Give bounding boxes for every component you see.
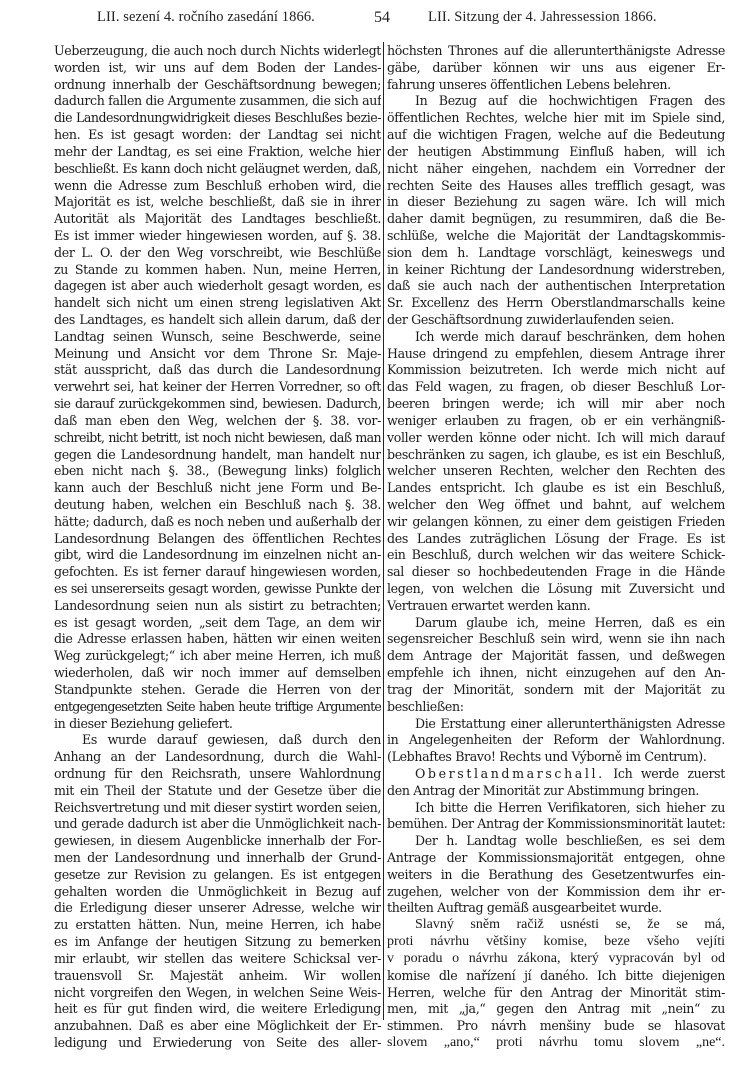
text-line: Meinung und Ansicht vor dem Throne Sr. M… xyxy=(54,346,381,363)
text-line: Oberstlandmarschall. Ich werde zuerst xyxy=(387,766,725,783)
text-line: legen, von welchen die Lösung mit Zuvers… xyxy=(387,581,725,598)
text-line: proti návrhu většiny komise, beze všeho … xyxy=(387,934,725,951)
text-line: gehalten worden die Unmöglichkeit in Bez… xyxy=(54,884,381,901)
text-line: beschließt. Es kann doch nicht geläugnet… xyxy=(54,161,381,178)
text-line: welcher den Weg öffnet und bahnt, auf we… xyxy=(387,497,725,514)
text-line: Es wurde darauf gewiesen, daß durch den xyxy=(54,732,381,749)
text-line: den Antrag der Minorität zur Abstimmung … xyxy=(387,783,725,800)
text-line: Kommission beizutreten. Ich werde mich n… xyxy=(387,362,725,379)
text-line: verwehrt sei, hat keiner der Herren Vorr… xyxy=(54,379,381,396)
text-line: slovem „ano,“ proti návrhu tomu slovem „… xyxy=(387,1035,725,1052)
text-line: ordnung innerhalb der Geschäftsordnung b… xyxy=(54,77,381,94)
text-line: beschränken zu sagen, ich glaube, es ist… xyxy=(387,447,725,464)
text-line: gäbe, darüber können wir uns aus eigener… xyxy=(387,60,725,77)
text-line: der Geschäftsordnung zuwiderlaufenden se… xyxy=(387,312,725,329)
text-line: trag der Minorität, sondern mit der Majo… xyxy=(387,682,725,699)
text-line: mit ein Theil der Statute und der Gesetz… xyxy=(54,783,381,800)
text-line: v poradu o návrhu zákona, který vypracov… xyxy=(387,951,725,968)
text-line: des Landes zuträglichen Lösung der Frage… xyxy=(387,531,725,548)
text-line: weiters in die Berathung des Gesetzentwu… xyxy=(387,867,725,884)
text-line: trauensvoll Sr. Majestät anheim. Wir wol… xyxy=(54,968,381,985)
text-line: Landesordnung seien nun als sistirt zu b… xyxy=(54,598,381,615)
text-line: in keiner Richtung der Landesordnung wid… xyxy=(387,262,725,279)
text-line: schreibt, nicht betritt, ist noch nicht … xyxy=(54,430,381,447)
text-line: öffentlichen Rechtes, welche hier mit im… xyxy=(387,110,725,127)
page-header: LII. sezení 4. ročního zasedání 1866. 54… xyxy=(0,9,750,31)
text-line: mir erlaubt, wir stellen das weitere Sch… xyxy=(54,951,381,968)
text-line: segensreicher Beschluß sein wird, wenn s… xyxy=(387,631,725,648)
text-line: Herren, welche für den Antrag der Minori… xyxy=(387,985,725,1002)
text-line: gibt, wird die Landesordnung im einzelne… xyxy=(54,547,381,564)
text-line: dagegen ist aber auch wiederholt gesagt … xyxy=(54,278,381,295)
text-line: schlüße, welche die Majorität der Landta… xyxy=(387,228,725,245)
text-line: daher damit begnügen, zu resummiren, daß… xyxy=(387,211,725,228)
text-line: Antrage der Kommissionsmajorität entgege… xyxy=(387,850,725,867)
text-line: fahrung unseres öffentlichen Lebens bele… xyxy=(387,77,725,94)
text-line: Reichsvertretung und mit dieser systirt … xyxy=(54,800,381,817)
text-line: men der Landesordnung und innerhalb der … xyxy=(54,850,381,867)
text-line: Slavný sněm račiž usnésti se, že se má, xyxy=(387,917,725,934)
text-line: die Erledigung dieser unserer Adresse, w… xyxy=(54,900,381,917)
text-line: empfehle ich ihnen, nicht einzugehen auf… xyxy=(387,665,725,682)
text-line: in dieser Beziehung zu sagen wäre. Ich w… xyxy=(387,194,725,211)
text-line: welcher unseren Rechten, welcher den Rec… xyxy=(387,463,725,480)
text-line: wiederholen, daß wir noch immer auf dems… xyxy=(54,665,381,682)
text-line: zu Stande zu kommen haben. Nun, meine He… xyxy=(54,262,381,279)
text-line: sie darauf zurückgekommen sind, bewiesen… xyxy=(54,396,381,413)
text-line: beeren bringen werde; ich will mir aber … xyxy=(387,396,725,413)
text-line: gefochten. Es ist ferner darauf hingewie… xyxy=(54,564,381,581)
text-line: es im Anfange der heutigen Sitzung zu be… xyxy=(54,934,381,951)
header-german-title: LII. Sitzung der 4. Jahressession 1866. xyxy=(428,9,657,26)
text-line: Landtag seinen Wunsch, seine Beschwerde,… xyxy=(54,329,381,346)
text-line: Es ist immer wieder hingewiesen worden, … xyxy=(54,228,381,245)
text-line: nicht vorgreifen den Wegen, in welchen S… xyxy=(54,985,381,1002)
text-line: es sei unsererseits gesagt worden, gewis… xyxy=(54,581,381,598)
text-line: Die Erstattung einer allerunterthänigste… xyxy=(387,716,725,733)
text-line: in Angelegenheiten der Reform der Wahlor… xyxy=(387,732,725,749)
text-line: worden ist, wir uns auf dem Boden der La… xyxy=(54,60,381,77)
text-line: die Adresse erlassen haben, hätten wir e… xyxy=(54,631,381,648)
text-line: des Landtages, es handelt sich allein da… xyxy=(54,312,381,329)
left-column: Ueberzeugung, die auch noch durch Nichts… xyxy=(54,43,381,1052)
text-line: Hause dringend zu empfehlen, diesem Antr… xyxy=(387,346,725,363)
speaker-name: Oberstlandmarschall. xyxy=(415,766,605,781)
text-line: es ist gesagt worden, „seit dem Tage, an… xyxy=(54,615,381,632)
text-line: beschließen: xyxy=(387,699,725,716)
text-line: kann auch der Beschluß nicht jene Form u… xyxy=(54,480,381,497)
text-line: anzubahnen. Daß es aber eine Möglichkeit… xyxy=(54,1018,381,1035)
text-line: sion dem h. Landtage vorschlägt, keinesw… xyxy=(387,245,725,262)
text-line: wir gelangen können, zu einer dem geisti… xyxy=(387,514,725,531)
text-line: men, mit „ja,“ gegen den Antrag mit „nei… xyxy=(387,1001,725,1018)
text-line: hen. Es ist gesagt worden: der Landtag s… xyxy=(54,127,381,144)
text-line: höchsten Thrones auf die allerunterthäni… xyxy=(387,43,725,60)
text-line: und gerade dadurch ist aber die Unmöglic… xyxy=(54,816,381,833)
text-line: gewiesen, in diesem Augenblicke innerhal… xyxy=(54,833,381,850)
text-line: stät ausspricht, daß das durch die Lande… xyxy=(54,362,381,379)
text-line: gegen die Landesordnung handelt, man han… xyxy=(54,447,381,464)
text-line: Ich bitte die Herren Verifikatoren, sich… xyxy=(387,800,725,817)
text-line: Landes entspricht. Ich glaube es ist ein… xyxy=(387,480,725,497)
text-line: wenn die Adresse zum Beschluß erhoben wi… xyxy=(54,178,381,195)
text-line: zugehen, welcher von der Kommission dem … xyxy=(387,884,725,901)
text-line: Sr. Excellenz des Herrn Oberstlandmarsch… xyxy=(387,295,725,312)
text-line: Autorität als Majorität des Landtages be… xyxy=(54,211,381,228)
text-line: in dieser Beziehung geliefert. xyxy=(54,716,381,733)
text-line: Der h. Landtag wolle beschließen, es sei… xyxy=(387,833,725,850)
text-line: auf die wichtigen Fragen, welche auf die… xyxy=(387,127,725,144)
right-column: höchsten Thrones auf die allerunterthäni… xyxy=(387,43,725,1052)
text-line: hätte; dadurch, daß es noch neben und au… xyxy=(54,514,381,531)
text-line: Ueberzeugung, die auch noch durch Nichts… xyxy=(54,43,381,60)
text-line: weniger erlauben zu fragen, ob er ein ve… xyxy=(387,413,725,430)
text-line: das Feld wagen, zu fragen, ob dieser Bes… xyxy=(387,379,725,396)
text-line: handelt sich nicht um einen streng legis… xyxy=(54,295,381,312)
text-line: stimmen. Pro návrh menšiny bude se hlaso… xyxy=(387,1018,725,1035)
text-line: eben nicht nach §. 38., (Bewegung links)… xyxy=(54,463,381,480)
text-line: zu erstatten hätten. Nun, meine Herren, … xyxy=(54,917,381,934)
header-czech-title: LII. sezení 4. ročního zasedání 1866. xyxy=(97,9,315,26)
text-line: voller werden könne oder nicht. Ich will… xyxy=(387,430,725,447)
text-line: die Landesordnungwidrigkeit dieses Besch… xyxy=(54,110,381,127)
text-line: Standpunkte stehen. Gerade die Herren vo… xyxy=(54,682,381,699)
text-line: sal dieser so hochbedeutenden Frage in d… xyxy=(387,564,725,581)
page-number: 54 xyxy=(374,9,390,27)
text-line: (Lebhaftes Bravo! Rechts und Výborně im … xyxy=(387,749,725,766)
text-line: daß man eben den Weg, welchen der §. 38.… xyxy=(54,413,381,430)
text-line: ein Beschluß, durch welchen wir das weit… xyxy=(387,547,725,564)
text-line: heit es für gut finden wird, die weitere… xyxy=(54,1001,381,1018)
text-line: daß sie auch nach der authentischen Inte… xyxy=(387,278,725,295)
text-line: gesetze zur Revision zu gelangen. Es ist… xyxy=(54,867,381,884)
text-line: rechten Seite des Hauses alles trefflich… xyxy=(387,178,725,195)
text-line: deutung haben, welchen ein Beschluß nach… xyxy=(54,497,381,514)
column-divider xyxy=(383,42,384,1020)
text-line: Landesordnung Belangen des öffentlichen … xyxy=(54,531,381,548)
text-line: Vertrauen erwartet werden kann. xyxy=(387,598,725,615)
text-line: theilten Auftrag gemäß ausgearbeitet wur… xyxy=(387,900,725,917)
text-line: entgegengesetzten Seite haben heute trif… xyxy=(54,699,381,716)
text-line: komise dle nařízení jí daného. Ich bitte… xyxy=(387,968,725,985)
text-line: bemühen. Der Antrag der Kommissionsminor… xyxy=(387,816,725,833)
text-line: dadurch fallen die Argumente zusammen, d… xyxy=(54,93,381,110)
text-line: nicht näher eingehen, nachdem ein Vorred… xyxy=(387,161,725,178)
text-line: Weg zurückgelegt;“ ich aber meine Herren… xyxy=(54,648,381,665)
text-line: der heutigen Abstimmung Einfluß haben, w… xyxy=(387,144,725,161)
text-line: der L. O. der den Weg vorschreibt, wie B… xyxy=(54,245,381,262)
text-line: Ich werde mich darauf beschränken, dem h… xyxy=(387,329,725,346)
text-line: Darum glaube ich, meine Herren, daß es e… xyxy=(387,615,725,632)
text-line: Majorität es ist, welche beschließt, daß… xyxy=(54,194,381,211)
text-line: ordnung für den Reichsrath, unsere Wahlo… xyxy=(54,766,381,783)
text-line: Anhang an der Landesordnung, durch die W… xyxy=(54,749,381,766)
text-line: In Bezug auf die hochwichtigen Fragen de… xyxy=(387,93,725,110)
text-line: dem Antrage der Majorität fassen, und de… xyxy=(387,648,725,665)
text-line: ledigung und Erwiederung von Seite des a… xyxy=(54,1035,381,1052)
text-line: mehr der Landtag, es sei eine Fraktion, … xyxy=(54,144,381,161)
